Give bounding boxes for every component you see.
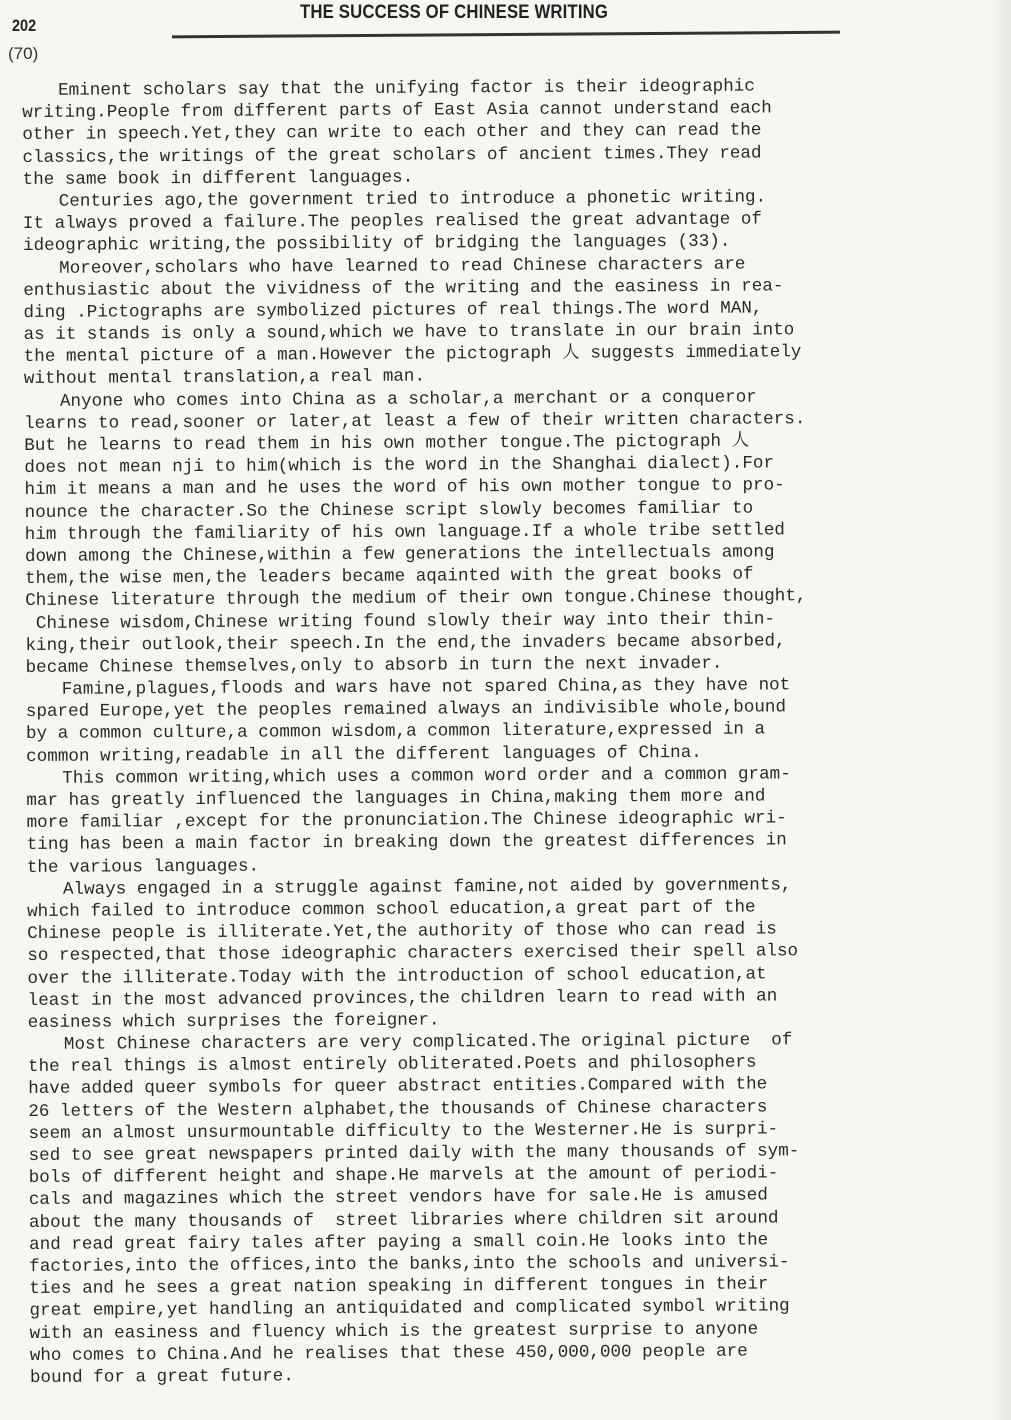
original-page-number: (70) (8, 44, 38, 64)
body-text: Eminent scholars say that the unifying f… (22, 74, 1011, 1389)
page-number: 202 (12, 16, 36, 36)
header-rule (172, 31, 840, 39)
running-title: THE SUCCESS OF CHINESE WRITING (300, 2, 608, 24)
